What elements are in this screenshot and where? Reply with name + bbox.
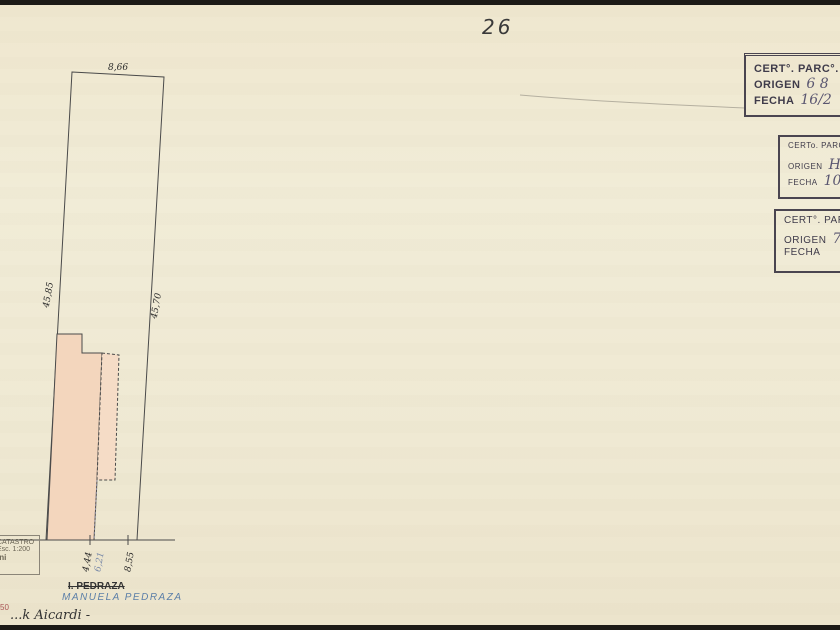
lot-plan-drawing — [0, 5, 840, 625]
parcel-certificate-stamp-2: CERTo. PARCo. N ORIGENHo FECHA10/1 — [778, 135, 840, 199]
parcel-certificate-stamp-1: CERT°. PARC°. N°2 ORIGEN6 8 FECHA16/2 — [744, 53, 840, 117]
dimension-top: 8,66 — [108, 63, 128, 73]
building-footprint — [47, 334, 102, 540]
margin-note: 50 — [0, 603, 9, 612]
owner-previous: I. PEDRAZA — [68, 581, 125, 592]
scanned-plan-sheet: 26 8,66 45,85 45,70 4,44 6,21 8,55 CERT°… — [0, 5, 840, 625]
signature: ...k Aicardi - — [10, 608, 90, 623]
parcel-certificate-stamp-3: CERT°. PARC° ORIGEN7 FECHA — [774, 209, 840, 273]
catastro-stamp: CATASTRO Esc. 1:200 ini — [0, 535, 40, 575]
owner-current: MANUELA PEDRAZA — [62, 592, 182, 603]
